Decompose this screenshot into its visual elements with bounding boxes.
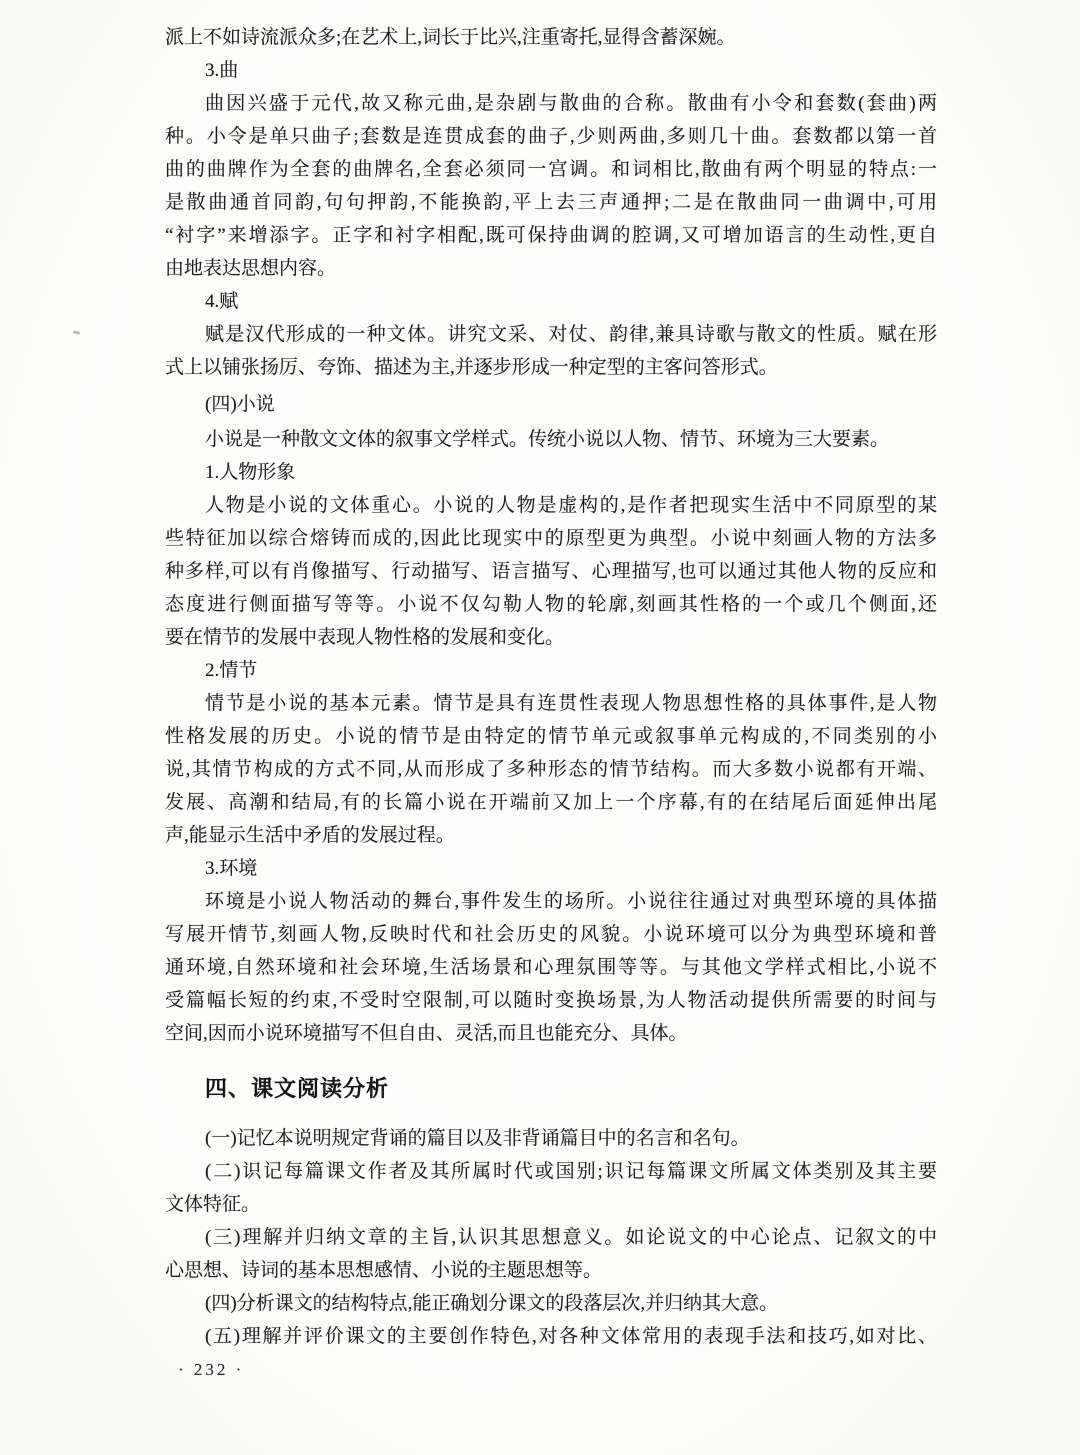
body-text-line: 些特征加以综合熔铸而成的,因此比现实中的原型更为典型。小说中刻画人物的方法多 <box>165 522 937 555</box>
body-text-line: 文体特征。 <box>165 1188 937 1221</box>
body-text-line: (一)记忆本说明规定背诵的篇目以及非背诵篇目中的名言和名句。 <box>165 1122 937 1155</box>
body-text-line: 受篇幅长短的约束,不受时空限制,可以随时变换场景,为人物活动提供所需要的时间与 <box>165 984 937 1017</box>
body-text-line: 派上不如诗流派众多;在艺术上,词长于比兴,注重寄托,显得含蓄深婉。 <box>165 21 937 54</box>
body-text-line: 曲的曲牌作为全套的曲牌名,全套必须同一宫调。和词相比,散曲有两个明显的特点:一 <box>165 153 937 186</box>
body-text-line: 说,其情节构成的方式不同,从而形成了多种形态的情节结构。而大多数小说都有开端、 <box>165 753 937 786</box>
scan-speck <box>487 1266 491 1270</box>
body-text-line: 发展、高潮和结局,有的长篇小说在开端前又加上一个序幕,有的在结尾后面延伸出尾 <box>165 786 937 819</box>
body-text-line: 由地表达思想内容。 <box>165 252 937 285</box>
body-text-line: 情节是小说的基本元素。情节是具有连贯性表现人物思想性格的具体事件,是人物 <box>165 687 937 720</box>
section-heading: 四、课文阅读分析 <box>165 1072 937 1106</box>
body-text-line: 空间,因而小说环境描写不但自由、灵活,而且也能充分、具体。 <box>165 1017 937 1050</box>
body-text-line: 种多样,可以有肖像描写、行动描写、语言描写、心理描写,也可以通过其他人物的反应和 <box>165 555 937 588</box>
body-text-line: 性格发展的历史。小说的情节是由特定的情节单元或叙事单元构成的,不同类别的小 <box>165 720 937 753</box>
body-text-line: 要在情节的发展中表现人物性格的发展和变化。 <box>165 621 937 654</box>
document-page: 派上不如诗流派众多;在艺术上,词长于比兴,注重寄托,显得含蓄深婉。3.曲曲因兴盛… <box>0 0 1080 1455</box>
body-text-line: 种。小令是单只曲子;套数是连贯成套的曲子,少则两曲,多则几十曲。套数都以第一首 <box>165 120 937 153</box>
subsection-heading: 4.赋 <box>165 285 937 318</box>
body-text-line: (五)理解并评价课文的主要创作特色,对各种文体常用的表现手法和技巧,如对比、 <box>165 1320 937 1353</box>
body-text-line: (三)理解并归纳文章的主旨,认识其思想意义。如论说文的中心论点、记叙文的中 <box>165 1221 937 1254</box>
body-text-line: 是散曲通首同韵,句句押韵,不能换韵,平上去三声通押;二是在散曲同一曲调中,可用 <box>165 186 937 219</box>
subsection-heading: 2.情节 <box>165 654 937 687</box>
page-text: 派上不如诗流派众多;在艺术上,词长于比兴,注重寄托,显得含蓄深婉。3.曲曲因兴盛… <box>165 21 937 1353</box>
body-text-line: 人物是小说的文体重心。小说的人物是虚构的,是作者把现实生活中不同原型的某 <box>165 489 937 522</box>
body-text-line: 式上以铺张扬厉、夸饰、描述为主,并逐步形成一种定型的主客问答形式。 <box>165 351 937 384</box>
body-text-line: “衬字”来增添字。正字和衬字相配,既可保持曲调的腔调,又可增加语言的生动性,更自 <box>165 219 937 252</box>
body-text-line: (二)识记每篇课文作者及其所属时代或国别;识记每篇课文所属文体类别及其主要 <box>165 1155 937 1188</box>
body-text-line: 环境是小说人物活动的舞台,事件发生的场所。小说往往通过对典型环境的具体描 <box>165 885 937 918</box>
subsection-heading: 1.人物形象 <box>165 456 937 489</box>
page-number: · 232 · <box>178 1360 244 1380</box>
body-text-line: 心思想、诗词的基本思想感情、小说的主题思想等。 <box>165 1254 937 1287</box>
body-text-line: 通环境,自然环境和社会环境,生活场景和心理氛围等等。与其他文学样式相比,小说不 <box>165 951 937 984</box>
body-text-line: 曲因兴盛于元代,故又称元曲,是杂剧与散曲的合称。散曲有小令和套数(套曲)两 <box>165 87 937 120</box>
subsection-heading: 3.曲 <box>165 54 937 87</box>
subsection-heading: (四)小说 <box>165 388 937 421</box>
body-text-line: 声,能显示生活中矛盾的发展过程。 <box>165 819 937 852</box>
body-text-line: 写展开情节,刻画人物,反映时代和社会历史的风貌。小说环境可以分为典型环境和普 <box>165 918 937 951</box>
body-text-line: (四)分析课文的结构特点,能正确划分课文的段落层次,并归纳其大意。 <box>165 1287 937 1320</box>
body-text-line: 赋是汉代形成的一种文体。讲究文采、对仗、韵律,兼具诗歌与散文的性质。赋在形 <box>165 318 937 351</box>
scan-speck <box>73 330 80 334</box>
body-text-line: 态度进行侧面描写等等。小说不仅勾勒人物的轮廓,刻画其性格的一个或几个侧面,还 <box>165 588 937 621</box>
subsection-heading: 3.环境 <box>165 852 937 885</box>
body-text-line: 小说是一种散文文体的叙事文学样式。传统小说以人物、情节、环境为三大要素。 <box>165 423 937 456</box>
